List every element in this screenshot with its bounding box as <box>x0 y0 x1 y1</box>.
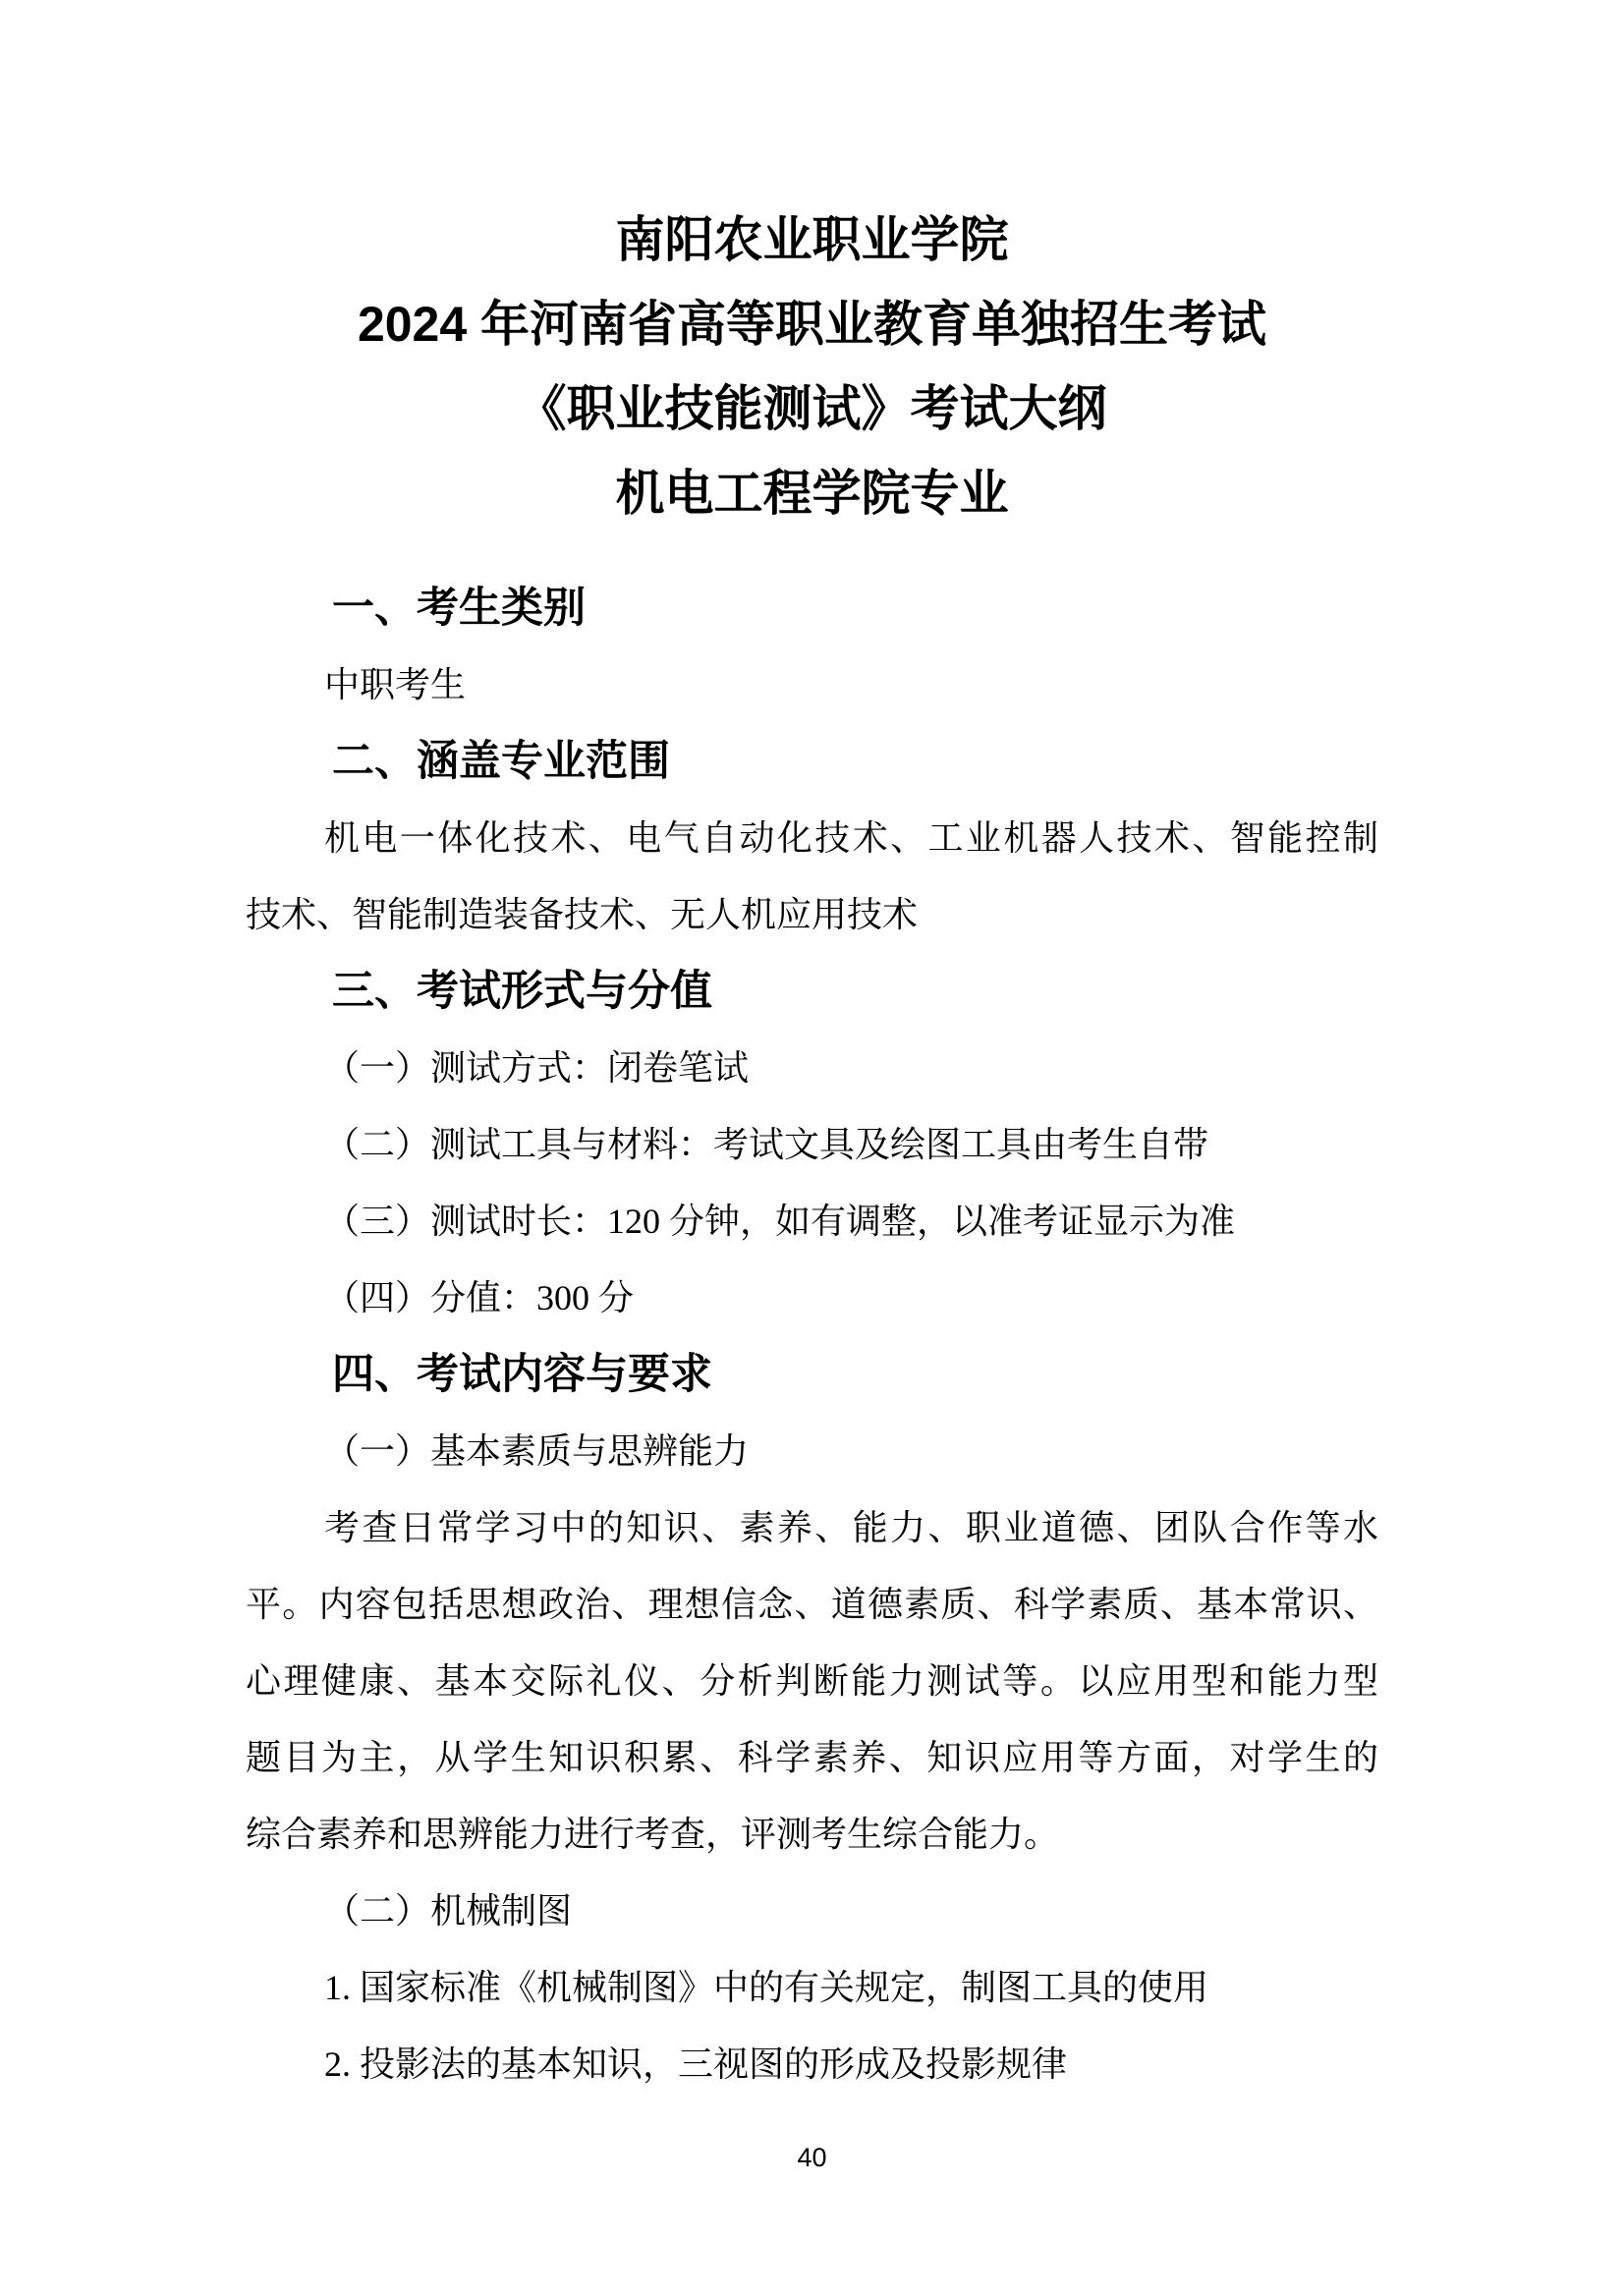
section-heading-4: 四、考试内容与要求 <box>246 1336 1378 1413</box>
paragraph-line: 平。内容包括思想政治、理想信念、道德素质、科学素质、基本常识、 <box>246 1566 1378 1643</box>
subsection-heading: （一）基本素质与思辨能力 <box>246 1413 1378 1489</box>
document-page: 南阳农业职业学院 2024 年河南省高等职业教育单独招生考试 《职业技能测试》考… <box>0 0 1624 2296</box>
section-heading-2: 二、涵盖专业范围 <box>246 723 1378 800</box>
page-number: 40 <box>246 2138 1378 2177</box>
document-title-line-3: 《职业技能测试》考试大纲 <box>246 366 1378 451</box>
list-item: （四）分值：300 分 <box>246 1260 1378 1336</box>
list-item: （三）测试时长：120 分钟，如有调整，以准考证显示为准 <box>246 1183 1378 1260</box>
body-line: 中职考生 <box>246 646 1378 723</box>
paragraph-line: 技术、智能制造装备技术、无人机应用技术 <box>246 876 1378 953</box>
paragraph-line: 机电一体化技术、电气自动化技术、工业机器人技术、智能控制 <box>246 800 1378 876</box>
paragraph-line: 综合素养和思辨能力进行考查，评测考生综合能力。 <box>246 1796 1378 1873</box>
list-item: （二）测试工具与材料：考试文具及绘图工具由考生自带 <box>246 1106 1378 1183</box>
document-title-block: 南阳农业职业学院 2024 年河南省高等职业教育单独招生考试 《职业技能测试》考… <box>246 197 1378 535</box>
list-item: 1. 国家标准《机械制图》中的有关规定，制图工具的使用 <box>246 1949 1378 2026</box>
document-body: 一、考生类别 中职考生 二、涵盖专业范围 机电一体化技术、电气自动化技术、工业机… <box>246 570 1378 2102</box>
document-title-line-2: 2024 年河南省高等职业教育单独招生考试 <box>246 282 1378 366</box>
list-item: 2. 投影法的基本知识，三视图的形成及投影规律 <box>246 2026 1378 2102</box>
paragraph-line: 考查日常学习中的知识、素养、能力、职业道德、团队合作等水 <box>246 1489 1378 1566</box>
list-item: （一）测试方式：闭卷笔试 <box>246 1030 1378 1106</box>
section-heading-1: 一、考生类别 <box>246 570 1378 646</box>
paragraph-line: 心理健康、基本交际礼仪、分析判断能力测试等。以应用型和能力型 <box>246 1643 1378 1719</box>
paragraph-line: 题目为主，从学生知识积累、科学素养、知识应用等方面，对学生的 <box>246 1719 1378 1796</box>
document-title-line-1: 南阳农业职业学院 <box>246 197 1378 282</box>
document-title-line-4: 机电工程学院专业 <box>246 451 1378 535</box>
section-heading-3: 三、考试形式与分值 <box>246 953 1378 1030</box>
subsection-heading: （二）机械制图 <box>246 1873 1378 1949</box>
